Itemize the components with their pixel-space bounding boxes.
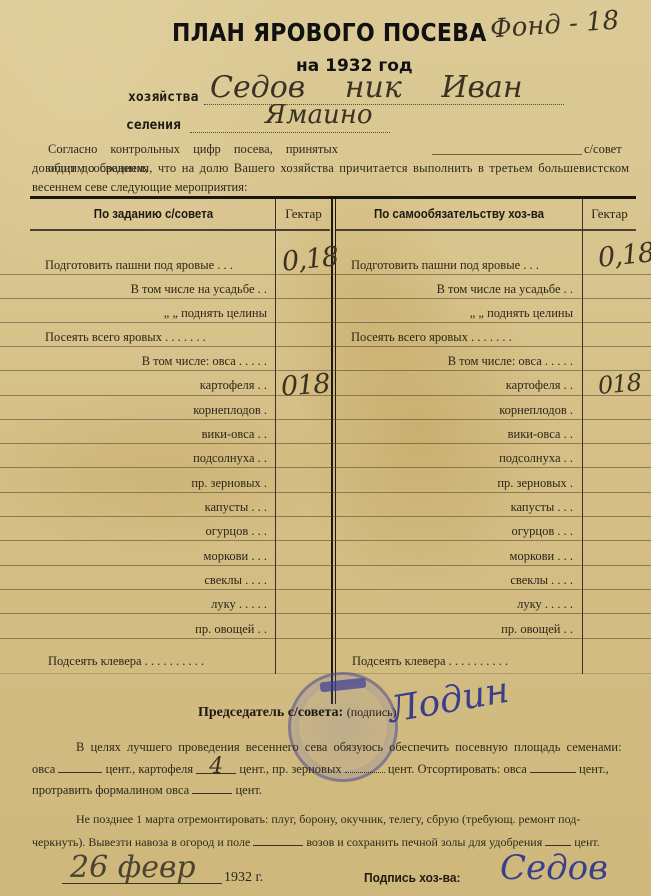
repair-manure-blank [253, 845, 303, 846]
repair-manure-label: черкнуть). Вывезти навоза в огород и пол… [32, 835, 250, 849]
repair-line1: Не позднее 1 марта отремонтировать: плуг… [76, 810, 642, 829]
repair-ash-blank [545, 845, 571, 846]
row-label: В том числе: овса . . . . . [142, 354, 267, 369]
right-unit-header: Гектар [583, 206, 636, 222]
pledge-cent4: цент., [579, 762, 609, 776]
row-label: В том числе на усадьбе . . [131, 282, 267, 297]
row-label: подсолнуха . . [499, 451, 573, 466]
pledge-cent1: цент., картофеля [106, 762, 194, 776]
row-label: пр. зерновых . [497, 476, 573, 491]
row-label: „ „ поднять целины [164, 306, 267, 321]
row-label: свеклы . . . . [204, 573, 267, 588]
left-unit-header: Гектар [276, 206, 331, 222]
table-top-rule [30, 196, 636, 199]
farm-label: хозяйства [128, 90, 198, 105]
corner-handwritten-note: Фонд - 18 [489, 6, 620, 45]
row-label: корнеплодов . [499, 403, 573, 418]
footer-year: 1932 г. [224, 870, 263, 886]
intro-line2: доводит до сведения, что на долю Вашего … [32, 159, 637, 178]
row-label: Подготовить пашни под яровые . . . [351, 258, 539, 273]
pledge-oats-blank [58, 772, 102, 773]
row-label: пр. зерновых . [191, 476, 267, 491]
left-column-header: По заданию с/совета [42, 207, 266, 221]
left-unit-divider [275, 199, 276, 674]
row-label: капусты . . . [205, 500, 267, 515]
row-label: вики-овса . . [508, 427, 573, 442]
left-value-arable: 0,18 [281, 241, 340, 278]
row-label: Подсеять клевера . . . . . . . . . . [352, 654, 508, 669]
pledge-potato-value: 4 [196, 761, 236, 774]
row-label: „ „ поднять целины [470, 306, 573, 321]
date-value: 26 февр [70, 850, 196, 885]
row-label: Посеять всего яровых . . . . . . . [351, 330, 512, 345]
pledge-oats-label: овса [32, 762, 55, 776]
village-value: Ямаино [265, 100, 373, 130]
row-label: картофеля . . [506, 378, 573, 393]
right-column-header: По самообязательству хоз-ва [346, 207, 572, 221]
row-label: В том числе на усадьбе . . [437, 282, 573, 297]
row-label: Подготовить пашни под яровые . . . [45, 258, 233, 273]
repair-ash-label: возов и сохранить печной золы для удобре… [306, 835, 542, 849]
row-label: луку . . . . . [211, 597, 267, 612]
intro-line1-end: с/совет [584, 140, 622, 159]
right-value-arable: 0,18 [597, 237, 651, 274]
pledge-sort-blank [530, 772, 576, 773]
row-label: моркови . . . [510, 549, 573, 564]
row-label: пр. овощей . . [501, 622, 573, 637]
pledge-cent5: цент. [235, 783, 262, 797]
document-page: ПЛАН ЯРОВОГО ПОСЕВА Фонд - 18 на 1932 го… [0, 0, 651, 896]
chairman-label: Председатель с/совета: (подпись) [198, 705, 397, 721]
row-label: подсолнуха . . [193, 451, 267, 466]
document-title: ПЛАН ЯРОВОГО ПОСЕВА [172, 18, 487, 47]
intro-blank [432, 154, 582, 155]
chairman-signature: Лодин [385, 670, 512, 731]
household-signature: Седов [500, 848, 608, 888]
row-label: Посеять всего яровых . . . . . . . [45, 330, 206, 345]
table-header-rule-right [336, 229, 636, 231]
pledge-line1: В целях лучшего проведения весеннего сев… [76, 738, 636, 757]
row-label: капусты . . . [511, 500, 573, 515]
pledge-line2: овса цент., картофеля 4 цент., пр. зерно… [32, 760, 642, 779]
row-label: луку . . . . . [517, 597, 573, 612]
pledge-formalin-label: протравить формалином овса [32, 783, 189, 797]
pledge-formalin-blank [192, 793, 232, 794]
row-label: В том числе: овса . . . . . [448, 354, 573, 369]
row-label: картофеля . . [200, 378, 267, 393]
row-label: свеклы . . . . [510, 573, 573, 588]
intro-line3: весеннем севе следующие мероприятия: [32, 178, 247, 197]
row-label: вики-овса . . [202, 427, 267, 442]
right-value-potato: 018 [597, 368, 642, 400]
row-label: корнеплодов . [193, 403, 267, 418]
row-label: Подсеять клевера . . . . . . . . . . [48, 654, 204, 669]
left-value-potato: 018 [280, 368, 331, 402]
pledge-grain-blank [345, 772, 385, 773]
table-header-rule-left [30, 229, 330, 231]
pledge-cent3: цент. Отсортировать: овса [388, 762, 527, 776]
row-label: огурцов . . . [512, 524, 573, 539]
right-unit-divider [582, 199, 583, 674]
pledge-line3: протравить формалином овса цент. [32, 781, 262, 800]
village-label: селения [126, 118, 181, 133]
repair-cent: цент. [574, 835, 600, 849]
row-label: пр. овощей . . [195, 622, 267, 637]
household-sign-label: Подпись хоз-ва: [364, 870, 460, 885]
pledge-cent2: цент., пр. зерновых [239, 762, 341, 776]
row-label: огурцов . . . [206, 524, 267, 539]
village-line [190, 132, 390, 133]
row-label: моркови . . . [204, 549, 267, 564]
chairman-label-text: Председатель с/совета: [198, 705, 343, 720]
